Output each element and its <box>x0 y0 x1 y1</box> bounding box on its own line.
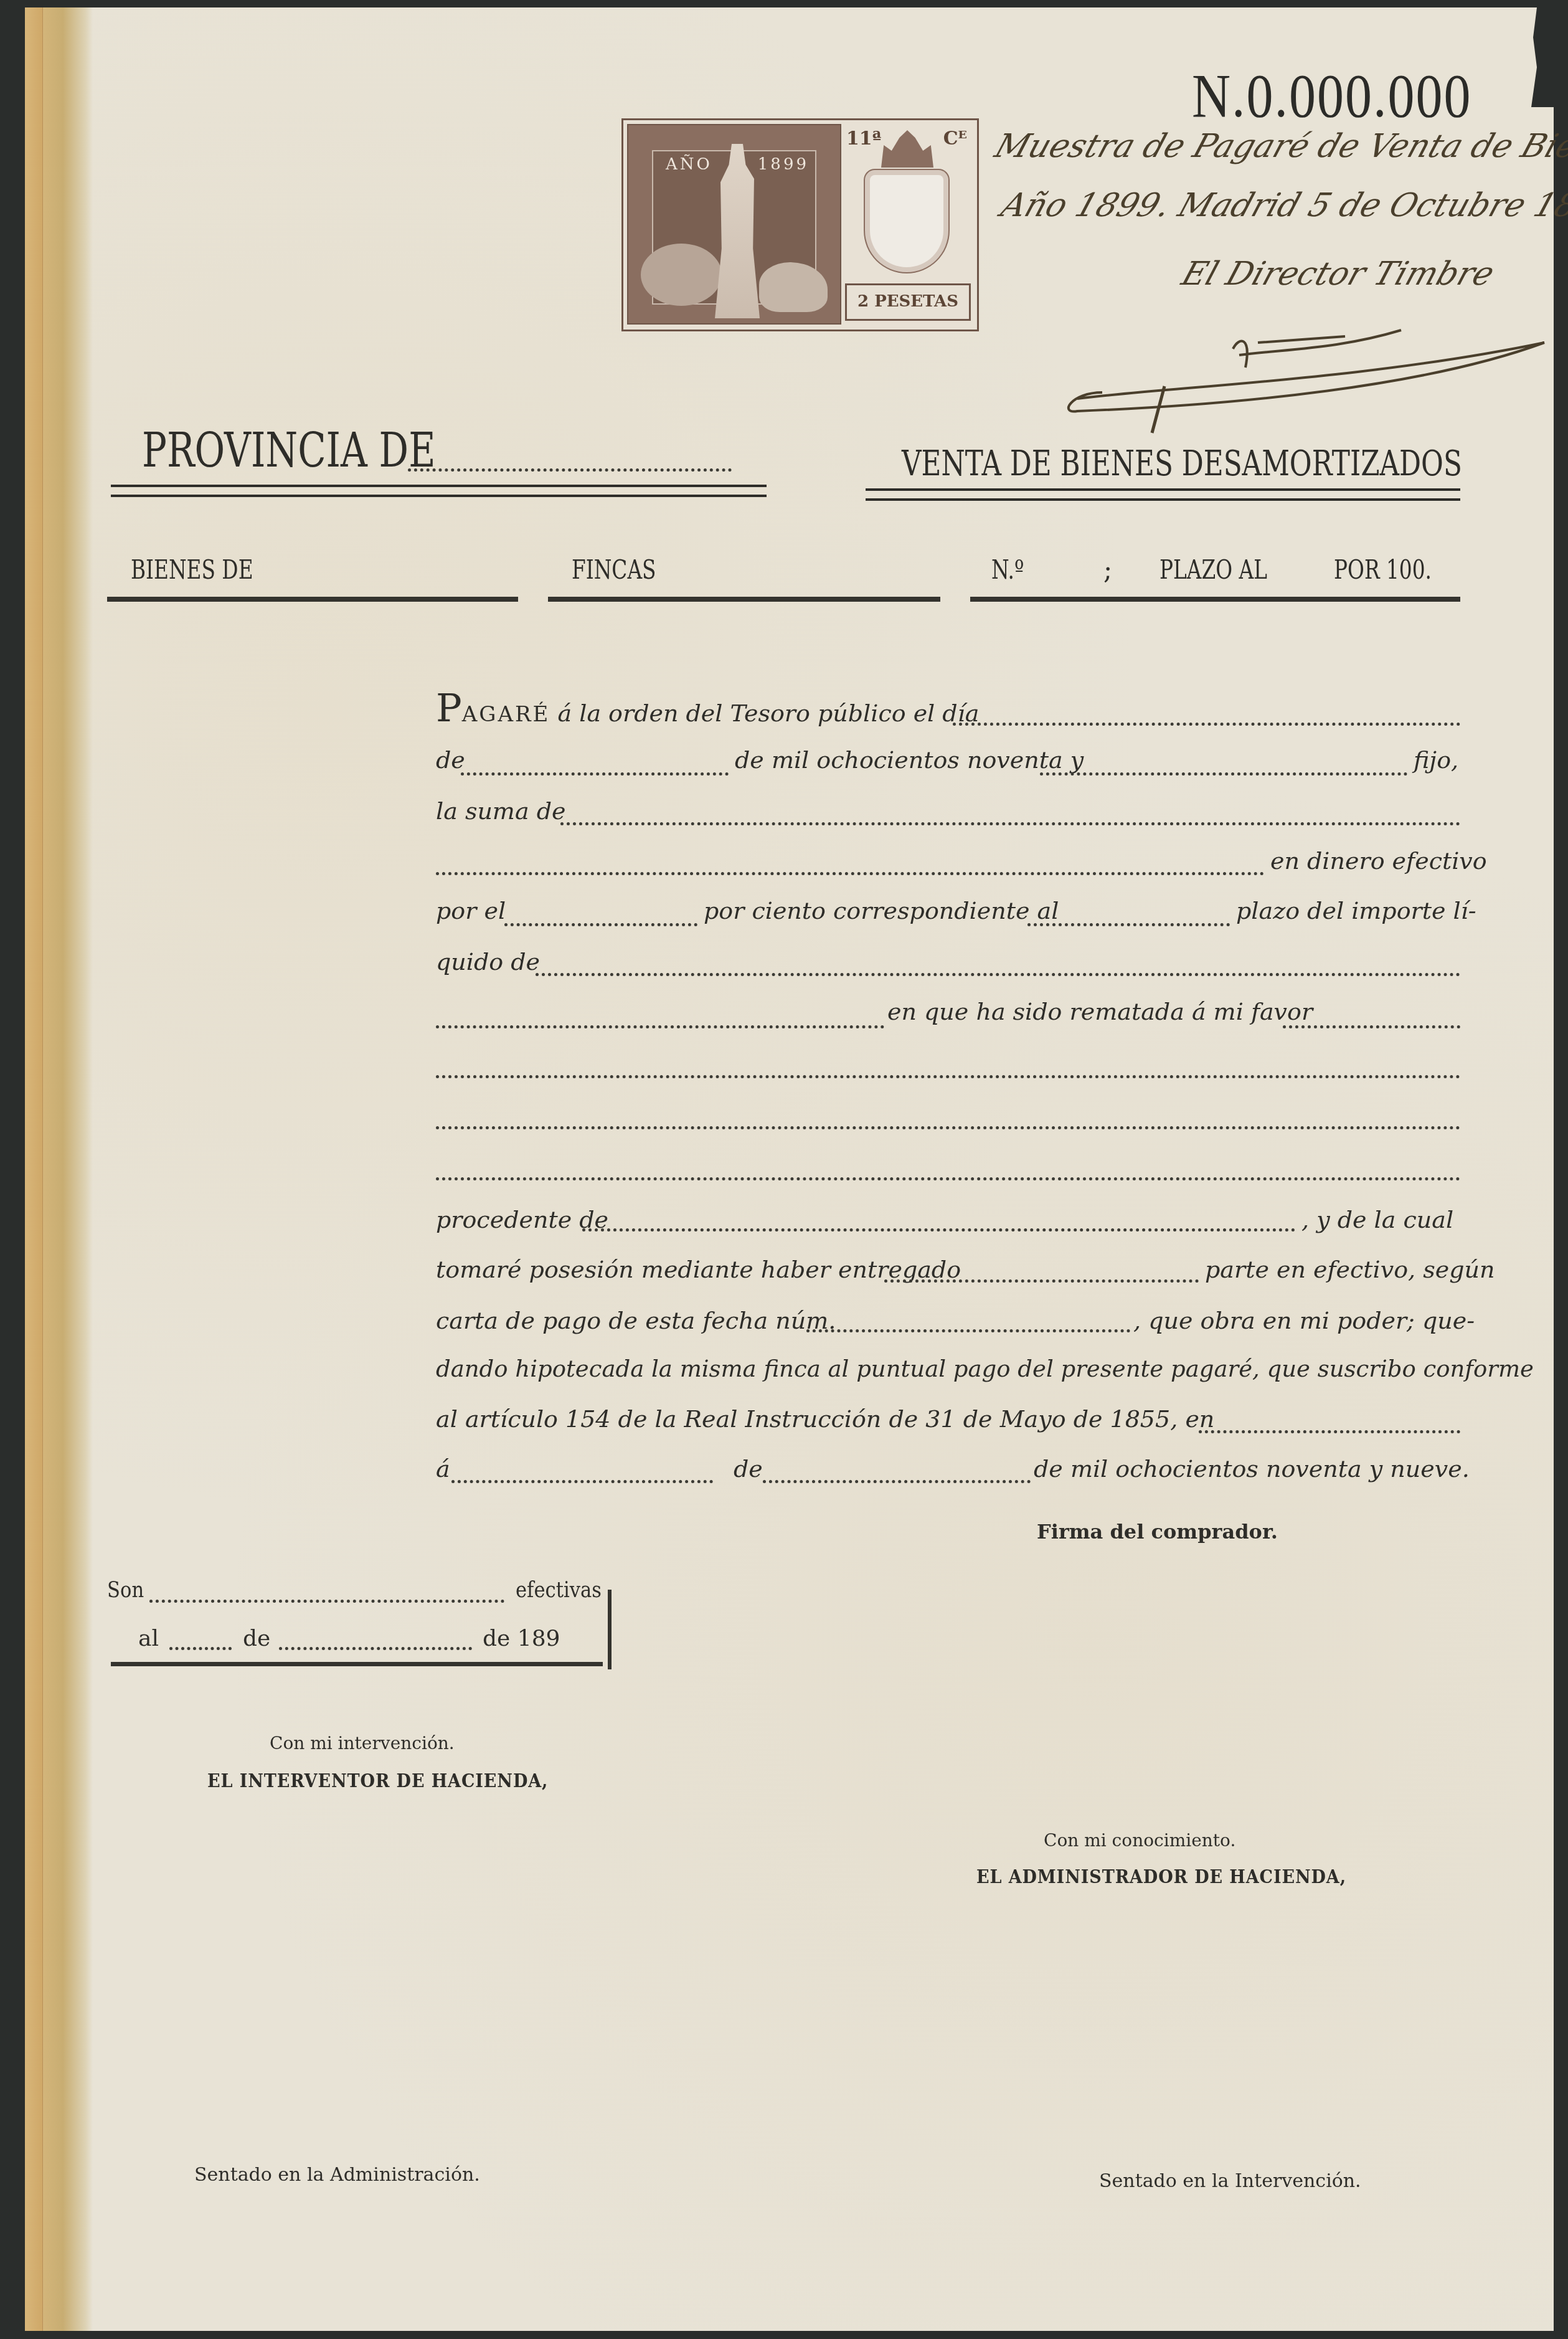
de-label: de <box>243 1626 270 1651</box>
semicolon: ; <box>1103 554 1112 585</box>
administrador-title: EL ADMINISTRADOR DE HACIENDA, <box>976 1866 1346 1888</box>
son-box-rule <box>111 1662 603 1666</box>
pagare-line-16c: de mil ochocientos noventa y nueve. <box>1034 1455 1470 1483</box>
stamp-allegory-panel: AÑO 1899 <box>627 124 841 325</box>
glue-strip <box>25 7 43 2331</box>
term-field[interactable] <box>1027 923 1230 926</box>
globe-icon <box>641 244 722 306</box>
interventor-title: EL INTERVENTOR DE HACIENDA, <box>207 1770 548 1792</box>
pagare-line-12b: parte en efectivo, según <box>1205 1256 1495 1283</box>
handwritten-line-3: El Director Timbre <box>1177 255 1499 293</box>
pagare-line-13b: , que obra en mi poder; que- <box>1133 1307 1475 1334</box>
sum-field[interactable] <box>560 822 1460 825</box>
al-label: al <box>138 1626 159 1651</box>
pagare-line-14: dando hipotecada la misma finca al puntu… <box>436 1355 1534 1382</box>
bienes-de-field[interactable] <box>107 597 518 602</box>
blank-line-2[interactable] <box>436 1126 1460 1129</box>
handwritten-line-2: Año 1899. Madrid 5 de Octubre 1898 <box>996 187 1568 224</box>
efectivas-label: efectivas <box>516 1577 602 1603</box>
embossed-shield-icon <box>870 175 943 267</box>
percent-field[interactable] <box>504 923 697 926</box>
pagare-line-5a: por el <box>436 897 506 924</box>
revenue-stamp: AÑO 1899 11ª Cᴱ 2 PESETAS <box>621 118 979 331</box>
buyer-signature-label: Firma del comprador. <box>1037 1520 1278 1544</box>
document-title: VENTA DE BIENES DESAMORTIZADOS <box>902 444 1462 484</box>
torn-corner <box>1516 7 1554 107</box>
administrador-caption: Con mi conocimiento. <box>1044 1830 1235 1851</box>
origin-field[interactable] <box>582 1228 1295 1231</box>
blank-line-3[interactable] <box>436 1177 1460 1180</box>
stamp-value: 2 PESETAS <box>845 283 971 321</box>
pagare-line-2a: de <box>436 746 465 774</box>
plazo-label: PLAZO AL <box>1159 554 1267 585</box>
pagare-line-6: quido de <box>436 948 540 975</box>
son-amount-field[interactable] <box>149 1600 504 1603</box>
province-label: PROVINCIA DE <box>142 422 435 478</box>
bienes-de-label: BIENES DE <box>131 554 253 585</box>
pagare-line-16b: de <box>734 1455 763 1483</box>
footer-intervencion: Sentado en la Intervención. <box>1099 2170 1361 2192</box>
numero-label: N.º <box>991 554 1024 585</box>
pagare-line-2c: fijo, <box>1414 746 1458 774</box>
province-field[interactable] <box>408 468 732 472</box>
sign-day-field[interactable] <box>451 1480 713 1483</box>
serial-number: N.0.000.000 <box>1192 60 1472 132</box>
por-cien-label: POR 100. <box>1334 554 1432 585</box>
cash-part-field[interactable] <box>884 1279 1199 1283</box>
province-rule <box>111 485 767 497</box>
son-label: Son <box>107 1577 144 1603</box>
receipt-number-field[interactable] <box>806 1329 1130 1332</box>
pagare-line-7: en que ha sido rematada á mi favor <box>887 998 1313 1025</box>
stain-band <box>43 7 93 2331</box>
son-day-field[interactable] <box>169 1647 232 1650</box>
footer-administracion: Sentado en la Administración. <box>194 2164 480 2186</box>
handwritten-line-1: Muestra de Pagaré de Venta de Bienes <box>990 128 1568 165</box>
lion-icon <box>759 262 828 312</box>
sign-month-field[interactable] <box>763 1480 1031 1483</box>
pagare-line-13a: carta de pago de esta fecha núm. <box>436 1307 836 1334</box>
pagare-line-3: la suma de <box>436 797 565 825</box>
sum-continued-field[interactable] <box>436 872 1264 875</box>
pagare-line-1: PAGARÉ á la orden del Tesoro público el … <box>436 685 980 731</box>
net-amount-field[interactable] <box>536 973 1460 976</box>
title-rule <box>866 488 1460 501</box>
place-field[interactable] <box>1199 1430 1460 1433</box>
pagare-line-2b: de mil ochocientos noventa y <box>735 746 1084 774</box>
buyer-signature-area[interactable] <box>1009 1551 1320 1651</box>
son-box-bracket <box>608 1590 612 1669</box>
signature-flourish <box>1052 311 1551 436</box>
de-year-label: de 189 <box>483 1626 560 1651</box>
fincas-label: FINCAS <box>572 554 656 585</box>
net-amount-continued-field[interactable] <box>436 1025 884 1028</box>
pagare-line-11b: , y de la cual <box>1301 1206 1453 1233</box>
fincas-field[interactable] <box>548 597 940 602</box>
buyer-name-field[interactable] <box>1283 1025 1460 1028</box>
numero-plazo-field[interactable] <box>970 597 1460 602</box>
pagare-line-12a: tomaré posesión mediante haber entregado <box>436 1256 961 1283</box>
due-day-field[interactable] <box>953 723 1460 726</box>
due-month-field[interactable] <box>461 772 729 776</box>
due-year-field[interactable] <box>1040 772 1407 776</box>
pagare-line-15: al artículo 154 de la Real Instrucción d… <box>436 1405 1214 1433</box>
pagare-line-5c: plazo del importe lí- <box>1236 897 1476 924</box>
pagare-line-5b: por ciento correspondiente al <box>704 897 1059 924</box>
interventor-caption: Con mi intervención. <box>270 1733 455 1753</box>
blank-line-1[interactable] <box>436 1075 1460 1078</box>
pagare-line-16a: á <box>436 1455 450 1483</box>
stamp-arms-panel: 11ª Cᴱ 2 PESETAS <box>843 124 971 322</box>
son-month-field[interactable] <box>279 1647 472 1650</box>
pagare-line-4: en dinero efectivo <box>1270 847 1487 875</box>
